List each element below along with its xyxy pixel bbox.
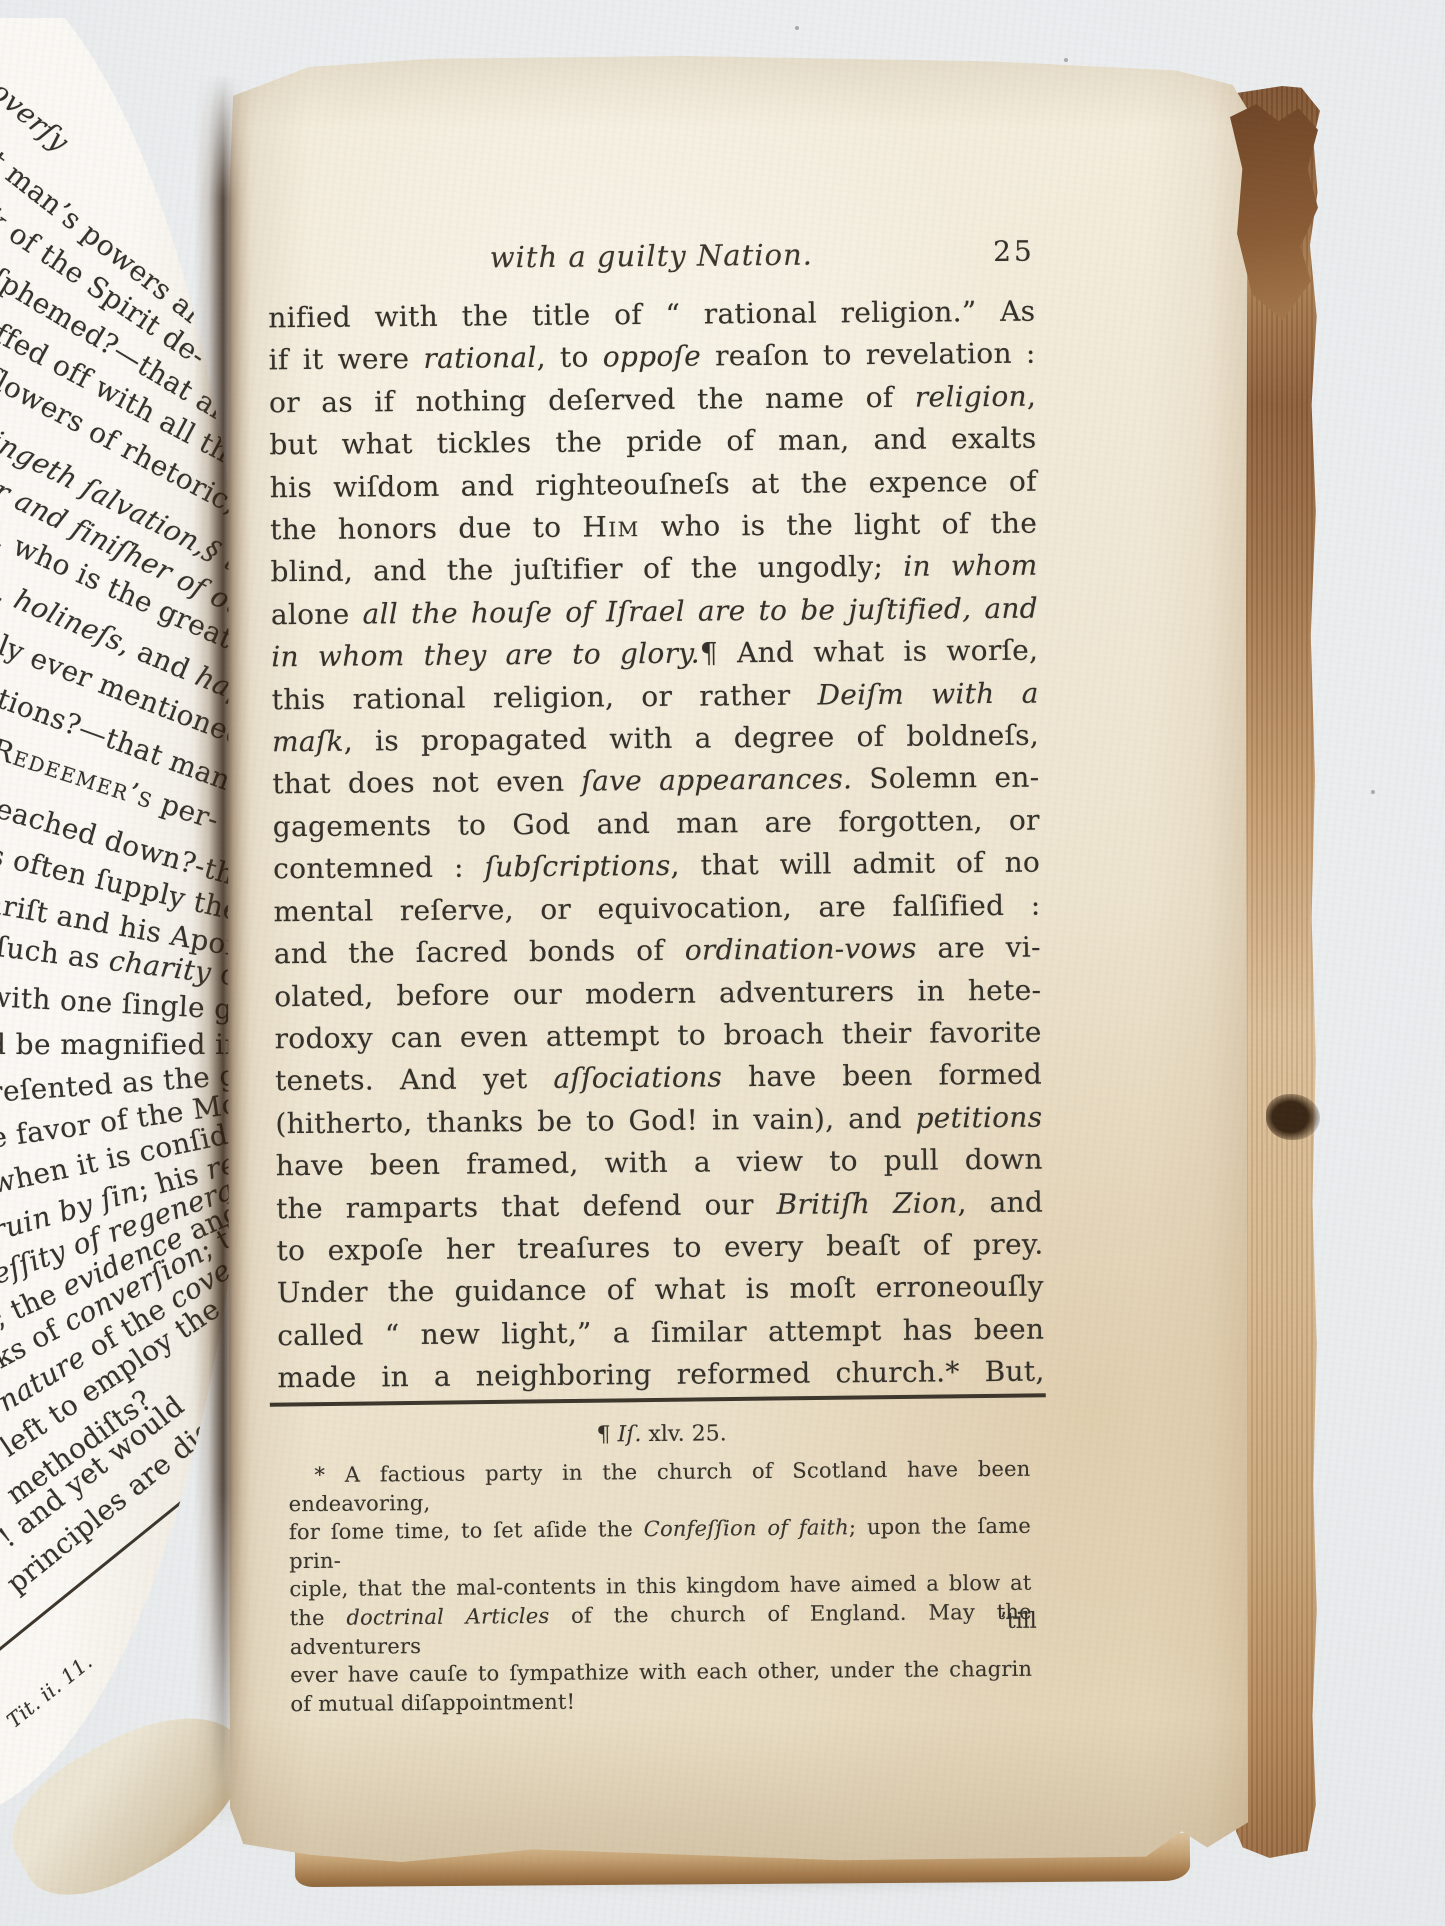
text-segment: are vi- <box>917 931 1041 965</box>
text-segment: troverſy <box>0 58 75 158</box>
text-segment: , <box>1027 379 1036 412</box>
gutter-shadow <box>194 74 250 1846</box>
text-segment: Under the guidance of what is moſt erron… <box>277 1270 1044 1310</box>
text-segment: the honors due to <box>270 511 582 547</box>
dust-speck <box>1371 790 1375 794</box>
text-segment: who is the light of the <box>640 507 1038 543</box>
body-line: contemned : ſubſcriptions, that will adm… <box>273 842 1040 891</box>
text-segment: , and <box>957 1185 1043 1219</box>
body-line: olated, before our modern adventurers in… <box>274 969 1041 1018</box>
text-segment: blind, and the juſtifier of the ungodly; <box>270 550 903 589</box>
text-segment: ¶ And what is worſe, <box>700 634 1039 670</box>
text-segment: olated, before our modern adventurers in… <box>274 973 1041 1013</box>
text-segment: * A factious party in the church of Scot… <box>289 1457 1031 1516</box>
text-segment: rational <box>423 341 537 375</box>
page-number: 25 <box>993 235 1035 268</box>
text-segment: , is propagated with a degree of boldneſ… <box>344 719 1039 758</box>
body-line: if it were rational, to oppoſe reaſon to… <box>269 333 1036 382</box>
text-segment: rodoxy can even attempt to broach their … <box>274 1016 1041 1056</box>
text-segment: ¶ <box>596 1422 617 1447</box>
body-line: alone all the houſe of Iſrael are to be … <box>271 587 1038 636</box>
text-segment: petitions <box>915 1100 1042 1134</box>
text-segment: have been formed <box>722 1058 1042 1094</box>
fore-edge-page-stack <box>1236 86 1320 1858</box>
footnote-line: for ſome time, to ſet aſide the Confeſſi… <box>289 1512 1031 1576</box>
text-segment: Iſ. <box>617 1422 641 1447</box>
body-line: or as if nothing deſerved the name of re… <box>269 375 1036 424</box>
left-page-line: Tit. ii. 11. <box>2 1649 97 1732</box>
text-segment: alone <box>271 597 363 631</box>
footnote-citation: ¶ Iſ. xlv. 25. <box>278 1419 1045 1451</box>
body-text: nified with the title of “ rational reli… <box>268 291 1045 1400</box>
body-line: Under the guidance of what is moſt erron… <box>277 1266 1044 1315</box>
text-segment: Solemn en- <box>852 761 1039 796</box>
text-segment: gagements to God and man are forgotten, … <box>273 803 1040 843</box>
text-segment: the ramparts that defend our <box>276 1187 777 1224</box>
text-segment: ever have cauſe to ſympathize with each … <box>290 1657 1032 1687</box>
text-segment: Him <box>582 510 640 543</box>
text-segment: ſubſcriptions <box>484 849 670 884</box>
text-segment: nified with the title of “ rational reli… <box>268 295 1035 335</box>
body-line: but what tickles the pride of man, and e… <box>269 418 1036 467</box>
right-page: with a guilty Nation. 25 nified with the… <box>228 56 1248 1862</box>
body-line: tenets. And yet aſſociations have been f… <box>275 1054 1042 1103</box>
text-segment: his wiſdom and righteouſneſs at the expe… <box>270 464 1037 504</box>
dust-speck <box>1064 58 1068 62</box>
footnote-line: * A factious party in the church of Scot… <box>288 1455 1030 1519</box>
body-line: made in a neighboring reformed church.* … <box>277 1351 1044 1400</box>
text-segment: called “ new light,” a ſimilar attempt h… <box>277 1312 1044 1352</box>
text-segment: tenets. And yet <box>275 1062 554 1097</box>
body-line: in whom they are to glory.¶ And what is … <box>271 630 1038 679</box>
text-segment: and the ſacred bonds of <box>274 934 685 971</box>
text-segment: Confeſſion of faith <box>644 1515 849 1541</box>
text-segment: but what tickles the pride of man, and e… <box>269 422 1036 462</box>
body-line: gagements to God and man are forgotten, … <box>273 799 1040 848</box>
text-segment: Britiſh Zion <box>776 1186 957 1221</box>
right-page-content: with a guilty Nation. 25 nified with the… <box>226 51 1262 1866</box>
body-line: his wiſdom and righteouſneſs at the expe… <box>270 460 1037 509</box>
text-segment: made in a neighboring reformed church.* … <box>277 1355 1044 1395</box>
text-segment: reaſon to revelation : <box>701 337 1036 373</box>
fore-edge-notch <box>1266 1094 1320 1140</box>
dust-speck <box>795 26 799 30</box>
body-line: that does not even ſave appearances. Sol… <box>272 757 1039 806</box>
body-line: nified with the title of “ rational reli… <box>268 291 1035 340</box>
text-segment: have been framed, with a view to pull do… <box>276 1143 1043 1183</box>
body-line: have been framed, with a view to pull do… <box>276 1139 1043 1188</box>
body-line: the ramparts that defend our Britiſh Zio… <box>276 1181 1043 1230</box>
text-segment: , to <box>537 341 603 375</box>
body-line: blind, and the juſtifier of the ungodly;… <box>270 545 1037 594</box>
text-segment: ſave appearances. <box>581 763 852 798</box>
text-segment: maſk <box>272 725 344 759</box>
text-segment: Deiſm with a <box>817 676 1038 711</box>
text-segment: if it were <box>269 342 424 376</box>
text-segment: mental reſerve, or equivocation, are fal… <box>273 888 1040 928</box>
text-segment: or as if nothing deſerved the name of <box>269 380 915 419</box>
footnote-text: * A factious party in the church of Scot… <box>288 1455 1032 1719</box>
body-line: to expoſe her treaſures to every beaſt o… <box>276 1224 1043 1273</box>
text-segment: for ſome time, to ſet aſide the <box>289 1517 644 1544</box>
running-title: with a guilty Nation. <box>268 233 1035 280</box>
body-line: mental reſerve, or equivocation, are fal… <box>273 884 1040 933</box>
body-line: the honors due to Him who is the light o… <box>270 503 1037 552</box>
body-line: and the ſacred bonds of ordination-vows … <box>274 927 1041 976</box>
text-segment: in whom <box>903 549 1038 583</box>
left-page-line: troverſy <box>0 58 75 158</box>
body-line: maſk, is propagated with a degree of bol… <box>272 715 1039 764</box>
page-header: with a guilty Nation. 25 <box>268 233 1035 284</box>
footnote-line: of mutual diſappointment! <box>290 1683 1032 1718</box>
text-segment: of mutual diſappointment! <box>290 1689 575 1715</box>
text-segment: ciple, that the mal-contents in this kin… <box>289 1571 1031 1601</box>
text-segment: all the houſe of Iſrael are to be juſtif… <box>362 591 1038 630</box>
text-segment: oppoſe <box>603 340 702 374</box>
text-segment: (hitherto, thanks be to God! in vain), a… <box>275 1101 915 1140</box>
text-segment: ordination-vows <box>685 932 917 967</box>
text-segment: , that will admit of no <box>670 846 1040 882</box>
text-segment: that does not even <box>272 765 581 801</box>
body-line: called “ new light,” a ſimilar attempt h… <box>277 1308 1044 1357</box>
text-segment: aſſociations <box>553 1061 722 1095</box>
text-segment: Tit. ii. 11. <box>2 1649 97 1732</box>
text-segment: in whom they are to glory. <box>271 637 700 674</box>
body-line: (hitherto, thanks be to God! in vain), a… <box>275 1096 1042 1145</box>
book-photo: troverſyat man’s powers arerk of the Spi… <box>0 0 1445 1926</box>
text-segment: this rational religion, or rather <box>272 678 818 716</box>
text-segment: religion <box>915 380 1027 414</box>
text-segment: contemned : <box>273 851 485 886</box>
body-line: rodoxy can even attempt to broach their … <box>274 1012 1041 1061</box>
text-segment: to expoſe her treaſures to every beaſt o… <box>276 1228 1043 1268</box>
body-line: this rational religion, or rather Deiſm … <box>272 672 1039 721</box>
text-segment: xlv. 25. <box>641 1421 726 1447</box>
